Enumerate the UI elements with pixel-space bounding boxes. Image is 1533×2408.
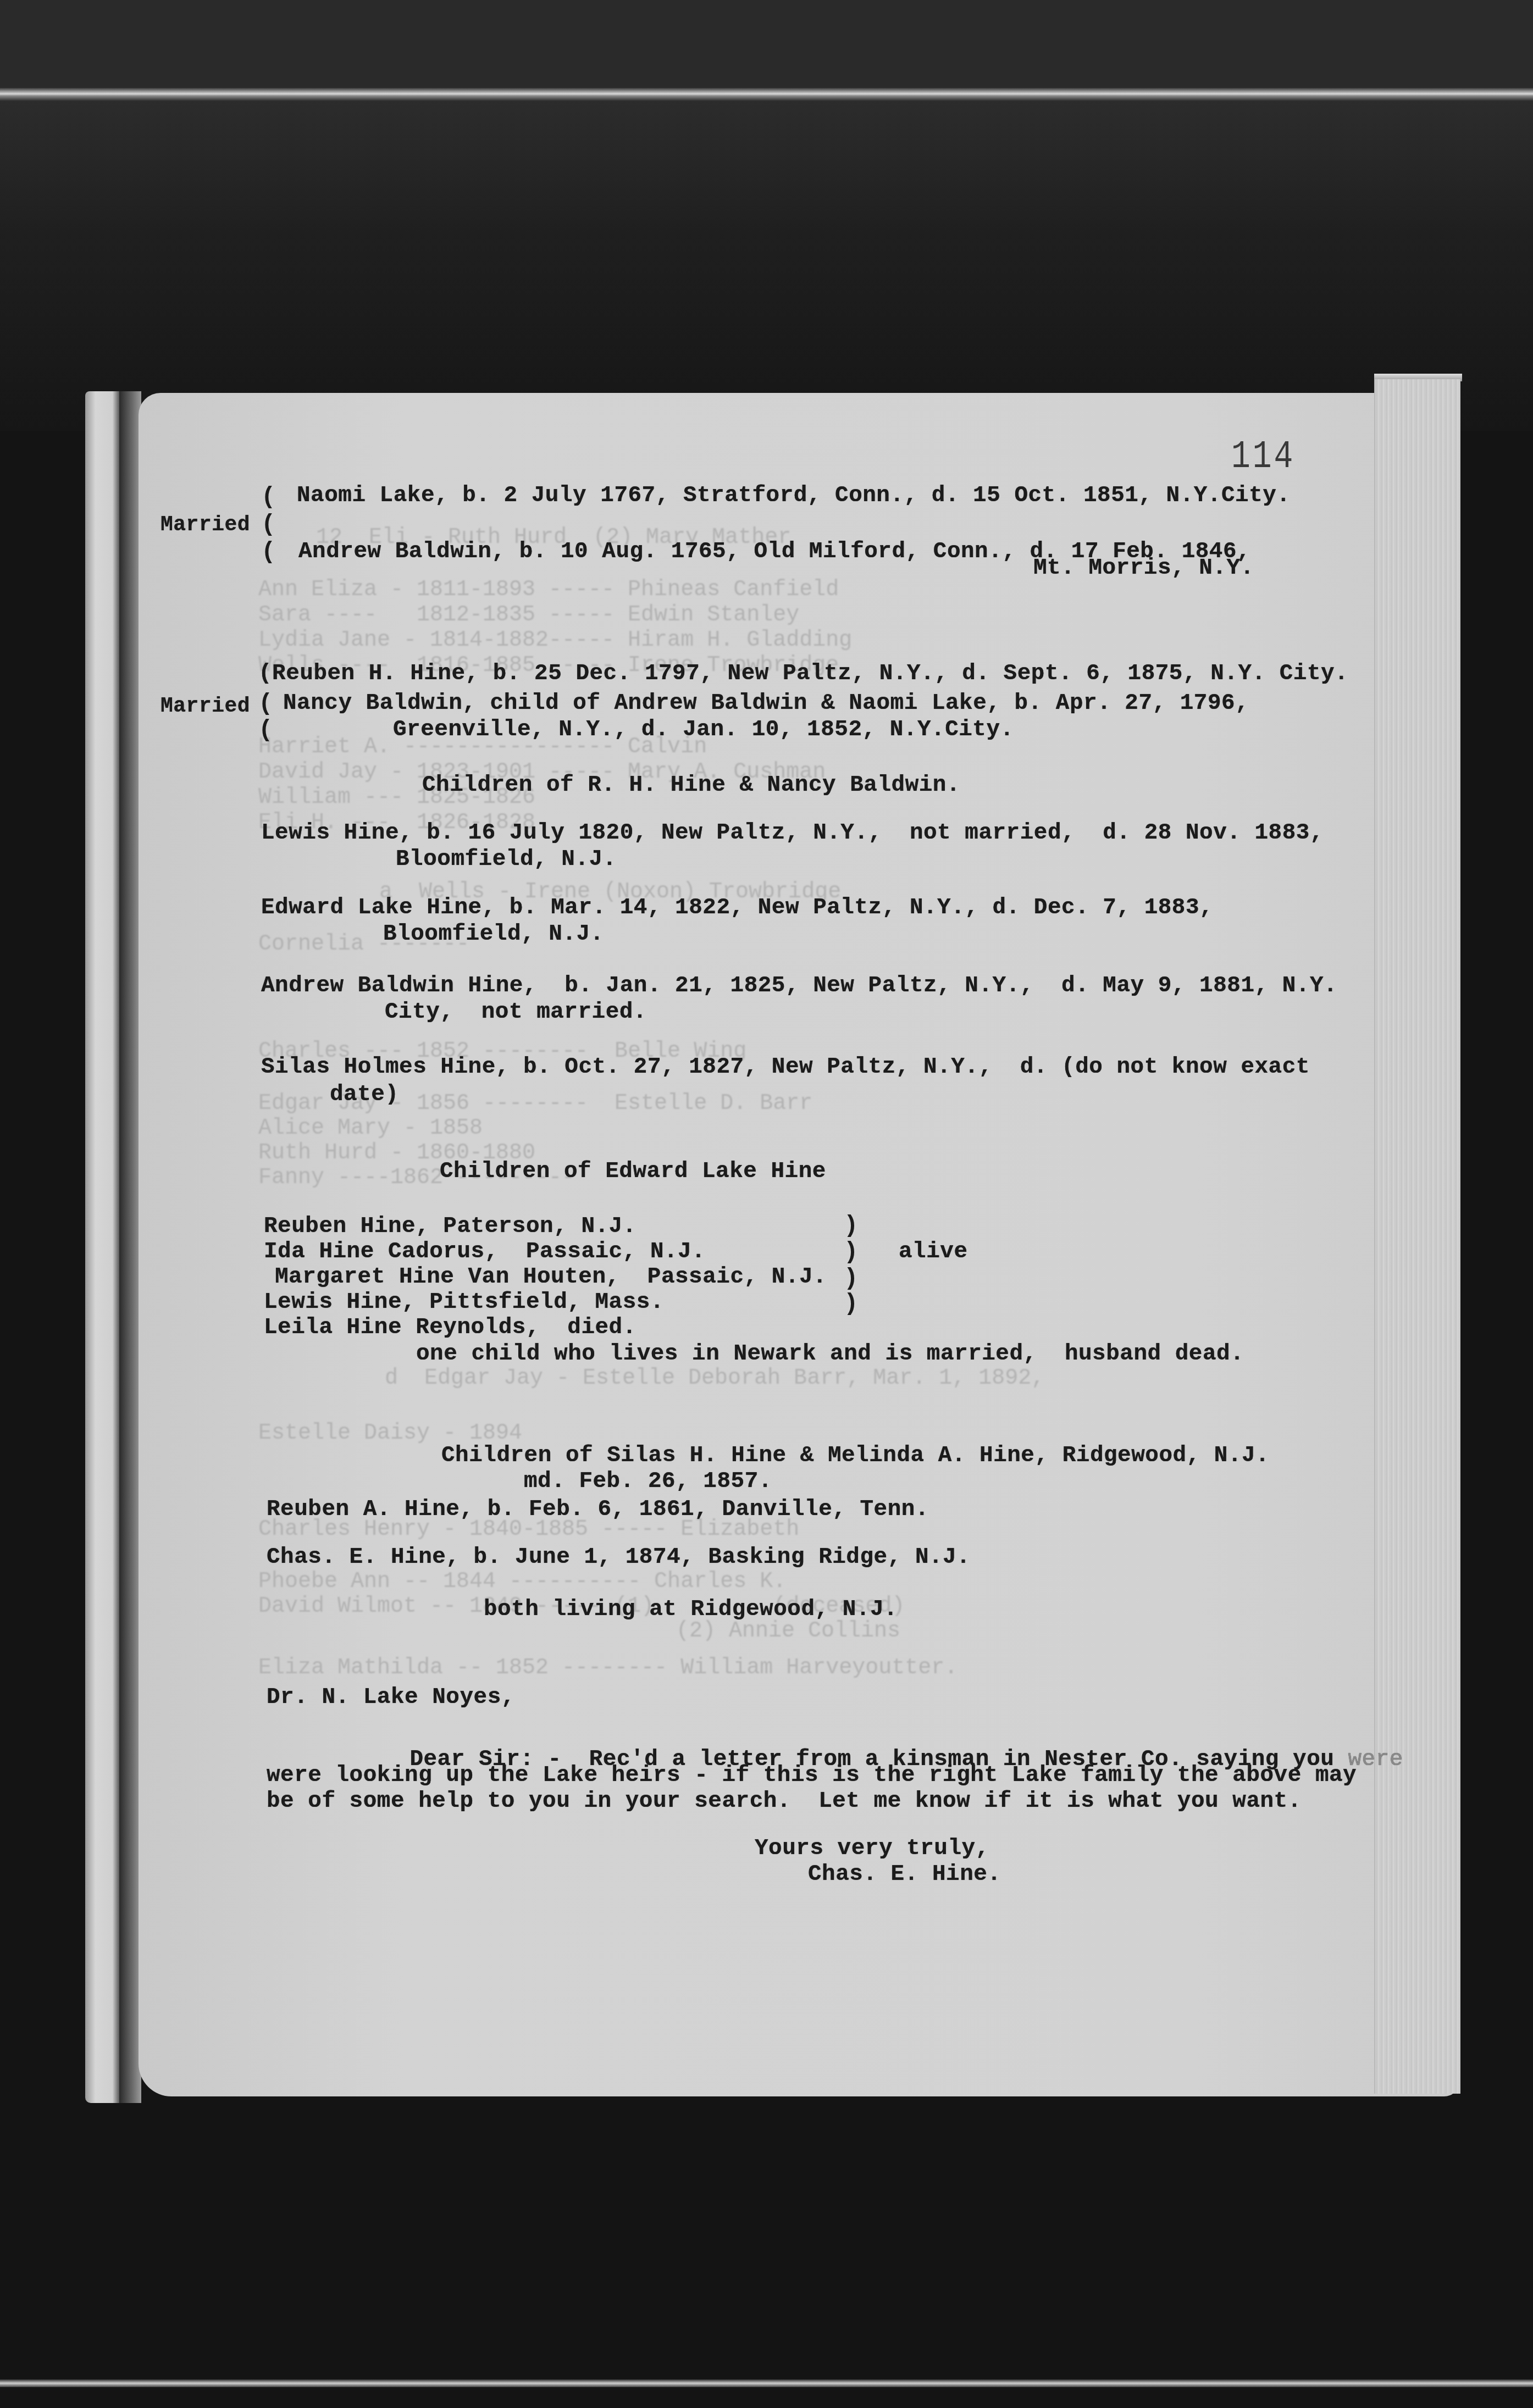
bracket-paren: ( (258, 717, 273, 744)
child-entry-cont: Bloomfield, N.J. (383, 921, 604, 947)
letter-closing: Yours very truly, (755, 1835, 989, 1862)
bracket-paren: ) (844, 1212, 858, 1240)
spouse-nancy-baldwin-place: Greenville, N.Y., d. Jan. 10, 1852, N.Y.… (393, 717, 1014, 743)
bracket-paren: ) (844, 1239, 858, 1266)
section-heading: Children of Edward Lake Hine (440, 1158, 826, 1185)
letter-recipient: Dr. N. Lake Noyes, (267, 1684, 515, 1711)
spouse-reuben-h-hine: (Reuben H. Hine, b. 25 Dec. 1797, New Pa… (258, 661, 1348, 687)
child-entry: Ida Hine Cadorus, Passaic, N.J. (264, 1239, 705, 1265)
married-label: Married (161, 512, 250, 539)
left-page-leaf (85, 391, 119, 2103)
child-entry: Silas Holmes Hine, b. Oct. 27, 1827, New… (261, 1054, 1310, 1080)
page-number: 114 (1231, 436, 1295, 479)
letter-line-2: were looking up the Lake heirs - if this… (267, 1762, 1357, 1789)
bracket-paren: ) (844, 1290, 858, 1318)
book-gutter (119, 391, 141, 2103)
bracket-paren: ) (844, 1265, 858, 1292)
bracket-paren: ( (261, 511, 275, 539)
child-entry: Reuben A. Hine, b. Feb. 6, 1861, Danvill… (267, 1496, 929, 1523)
bracket-paren: ( (258, 690, 273, 718)
child-entry: Andrew Baldwin Hine, b. Jan. 21, 1825, N… (261, 973, 1337, 999)
section-heading: Children of R. H. Hine & Nancy Baldwin. (422, 772, 960, 798)
bracket-paren: ( (261, 539, 275, 566)
child-entry: Reuben Hine, Paterson, N.J. (264, 1213, 637, 1240)
spouse-andrew-baldwin-place: Mt. Morris, N.Y. (1033, 555, 1254, 581)
film-top-strip (0, 0, 1533, 88)
film-edge-rule (0, 88, 1533, 101)
spouse-naomi-lake: Naomi Lake, b. 2 July 1767, Stratford, C… (297, 482, 1291, 509)
film-background (0, 101, 1533, 431)
child-entry: Lewis Hine, Pittsfield, Mass. (264, 1289, 664, 1316)
child-entry-cont: Bloomfield, N.J. (396, 846, 617, 873)
child-entry-cont: date) (330, 1081, 399, 1108)
footnote: one child who lives in Newark and is mar… (416, 1341, 1244, 1367)
section-heading: Children of Silas H. Hine & Melinda A. H… (441, 1442, 1269, 1469)
married-label: Married (161, 693, 250, 720)
letter-line-3: be of some help to you in your search. L… (267, 1788, 1302, 1815)
child-entry: Margaret Hine Van Houten, Passaic, N.J. (275, 1264, 827, 1290)
film-bottom-rule (0, 2379, 1533, 2387)
bracket-paren: ( (261, 484, 275, 511)
alive-note: alive (899, 1239, 968, 1265)
marriage-date: md. Feb. 26, 1857. (524, 1468, 772, 1495)
child-entry: Lewis Hine, b. 16 July 1820, New Paltz, … (261, 820, 1324, 846)
living-note: both living at Ridgewood, N.J. (484, 1596, 898, 1623)
child-entry: Leila Hine Reynolds, died. (264, 1314, 637, 1341)
child-entry-cont: City, not married. (385, 999, 647, 1025)
letter-signature: Chas. E. Hine. (808, 1861, 1001, 1888)
child-entry: Chas. E. Hine, b. June 1, 1874, Basking … (267, 1544, 970, 1571)
stacked-pages-edge (1374, 379, 1460, 2094)
child-entry: Edward Lake Hine, b. Mar. 14, 1822, New … (261, 895, 1213, 921)
spouse-nancy-baldwin: Nancy Baldwin, child of Andrew Baldwin &… (283, 690, 1249, 717)
